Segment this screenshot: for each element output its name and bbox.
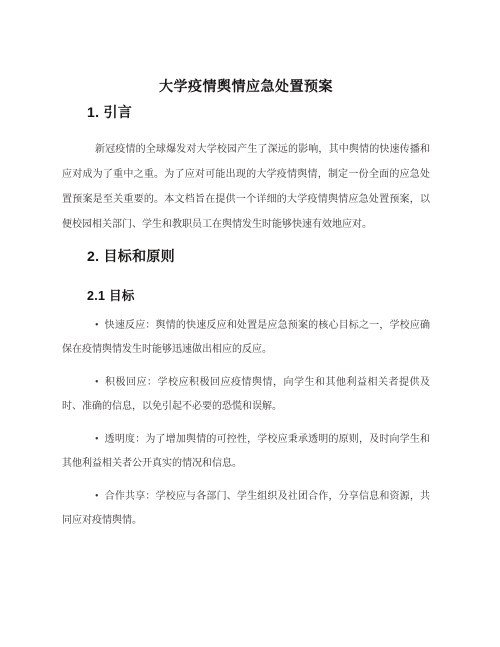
doc-title: 大学疫情舆情应急处置预案: [62, 78, 430, 94]
bullet-text: 积极回应：学校应积极回应疫情舆情，向学生和其他利益相关者提供及时、准确的信息，以…: [62, 377, 430, 412]
bullet-marker-icon: •: [95, 434, 105, 445]
intro-paragraph: 新冠疫情的全球爆发对大学校园产生了深远的影响，其中舆情的快速传播和应对成为了重中…: [62, 137, 430, 237]
bullet-marker-icon: •: [95, 320, 105, 331]
bullet-text: 合作共享：学校应与各部门、学生组织及社团合作，分享信息和资源，共同应对疫情舆情。: [62, 491, 430, 526]
section-heading-intro: 1. 引言: [87, 103, 430, 121]
subsection-heading-goals: 2.1 目标: [87, 288, 430, 305]
bullet-item-cooperation: •合作共享：学校应与各部门、学生组织及社团合作，分享信息和资源，共同应对疫情舆情…: [62, 485, 430, 533]
bullet-text: 透明度：为了增加舆情的可控性，学校应秉承透明的原则，及时向学生和其他利益相关者公…: [62, 434, 430, 469]
bullet-item-quick-response: •快速反应：舆情的快速反应和处置是应急预案的核心目标之一，学校应确保在疫情舆情发…: [62, 314, 430, 362]
bullet-marker-icon: •: [95, 377, 105, 388]
section-heading-goals: 2. 目标和原则: [87, 247, 430, 266]
bullet-item-active-reply: •积极回应：学校应积极回应疫情舆情，向学生和其他利益相关者提供及时、准确的信息，…: [62, 371, 430, 419]
goals-bullet-list: •快速反应：舆情的快速反应和处置是应急预案的核心目标之一，学校应确保在疫情舆情发…: [62, 314, 430, 533]
document-page: 大学疫情舆情应急处置预案 1. 引言 新冠疫情的全球爆发对大学校园产生了深远的影…: [0, 0, 500, 647]
bullet-text: 快速反应：舆情的快速反应和处置是应急预案的核心目标之一，学校应确保在疫情舆情发生…: [62, 320, 430, 355]
bullet-item-transparency: •透明度：为了增加舆情的可控性，学校应秉承透明的原则，及时向学生和其他利益相关者…: [62, 428, 430, 476]
bullet-marker-icon: •: [95, 491, 105, 502]
